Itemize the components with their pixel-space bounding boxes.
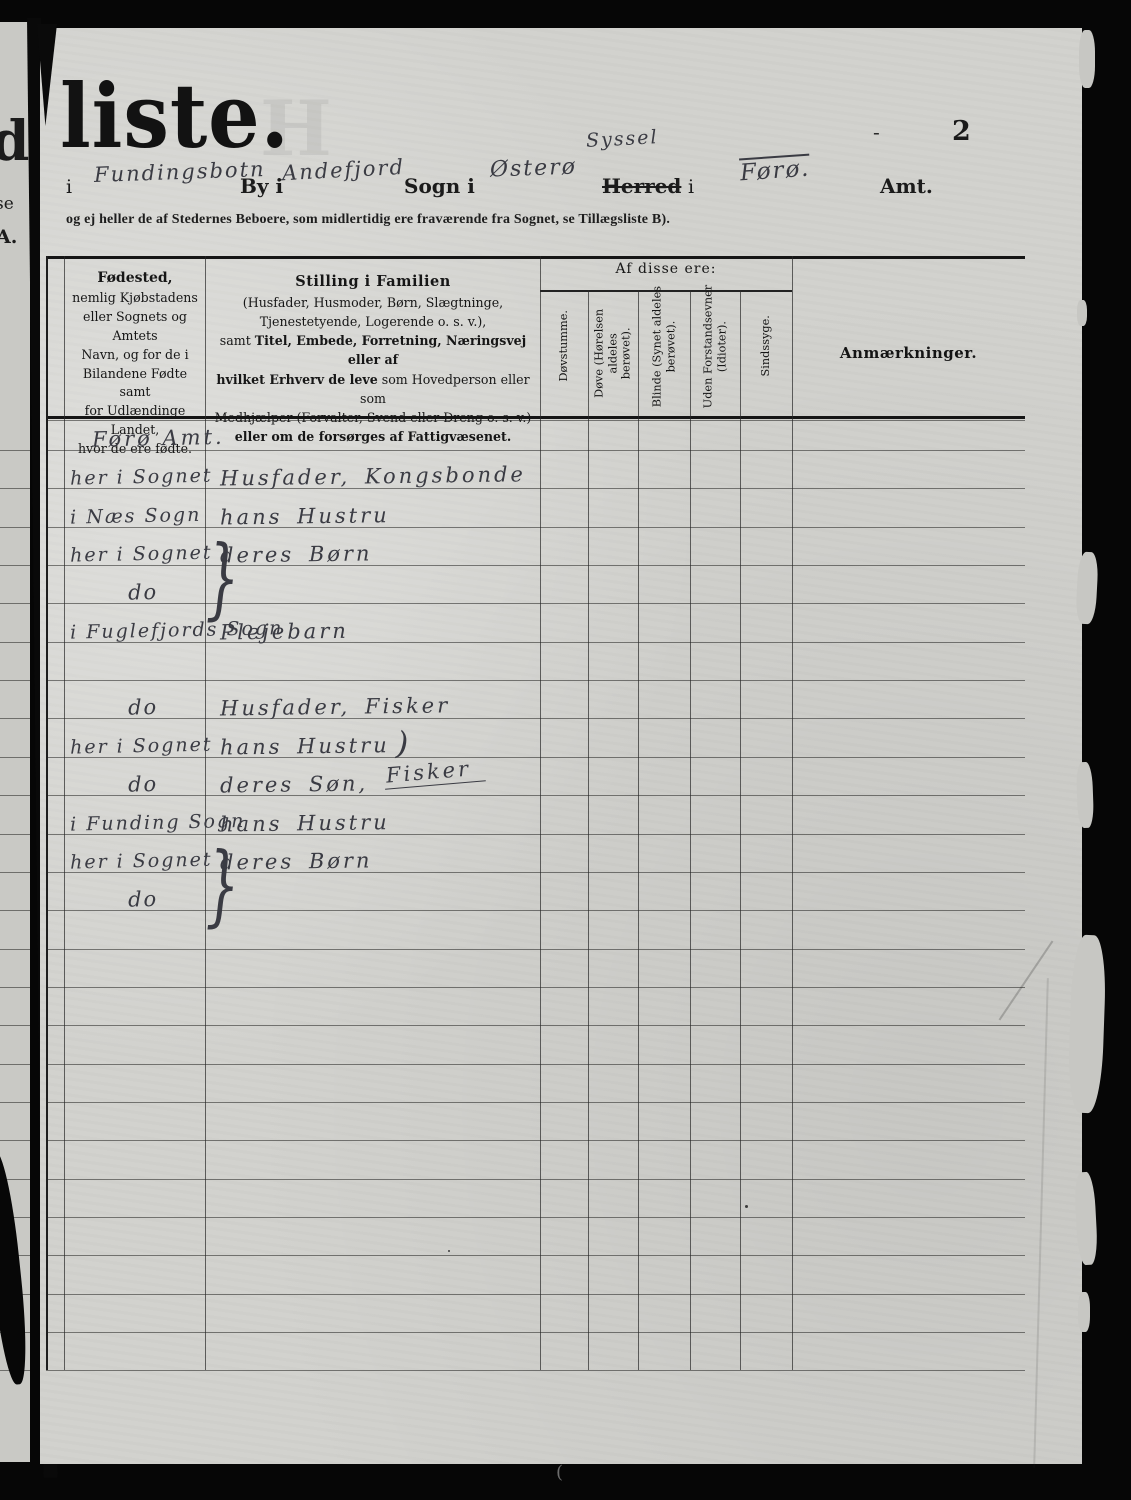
position-header-segment: Titel, Embede, Forretning, Næringsvej el… [255, 333, 526, 367]
sliver-rule-horizontal [0, 642, 30, 643]
entry-position-text: Plejebarn [220, 619, 349, 645]
label-by-i: By i [240, 174, 283, 198]
birthplace-header-line: Navn, og for de i [66, 346, 204, 365]
ink-speck [448, 1250, 450, 1252]
table-rule-horizontal [46, 642, 1025, 643]
table-rule-vertical [638, 290, 639, 1370]
entry-birthplace: i Næs Sogn [70, 496, 221, 528]
table-rule-horizontal [46, 872, 1025, 873]
sliver-rule-horizontal [0, 757, 30, 758]
position-header-segment: (Husfader, Husmoder, Børn, Slægtninge, [243, 295, 503, 310]
sliver-rule-horizontal [0, 1140, 30, 1141]
entry-position-text: Husfader, Fisker [220, 693, 450, 720]
label-herred-struck: Herred [602, 174, 681, 198]
table-rule-vertical [740, 290, 741, 1370]
sliver-rule-horizontal [0, 987, 30, 988]
sliver-rule-horizontal [0, 718, 30, 719]
entry-position-text: hans Hustru [220, 733, 390, 759]
table-rule-horizontal [46, 256, 1025, 259]
table-rule-horizontal [46, 1102, 1025, 1103]
page-number: 2 [952, 116, 971, 147]
entry-position: hans Hustru [220, 494, 580, 529]
table-rule-horizontal [46, 450, 1025, 451]
birthplace-header-line: nemlig Kjøbstadens [66, 289, 204, 308]
entry-position-text: deres Børn [220, 848, 373, 874]
handwritten-sogn-value: Andefjord [281, 155, 405, 185]
table-rule-vertical [64, 256, 65, 1370]
table-rule-horizontal [46, 1064, 1025, 1065]
sliver-rule-horizontal [0, 603, 30, 604]
paper-crease-line [1033, 978, 1049, 1468]
position-header-line: eller om de forsørges af Fattigvæsenet. [206, 427, 540, 446]
entry-birthplace: her i Sognet [70, 726, 221, 758]
table-rule-horizontal [46, 949, 1025, 950]
table-rule-horizontal [46, 987, 1025, 988]
previous-page-label-fragment: A. [0, 226, 17, 248]
position-header-segment: Tjenestetyende, Logerende o. s. v.), [260, 314, 487, 329]
subcolumn-label-vertical: Blinde (Synet aldeles berøvet). [650, 284, 677, 410]
entry-birthplace: do [128, 879, 279, 911]
census-form-page: H liste. - 2 i Fundingsbotn By i Andefjo… [40, 28, 1082, 1464]
entry-position: Husfader, Fisker [220, 685, 580, 720]
torn-paper-patch [1077, 300, 1087, 326]
table-rule-horizontal [46, 1294, 1025, 1295]
table-rule-horizontal [46, 1025, 1025, 1026]
entry-position: hans Hustru) [220, 724, 580, 759]
page-curl-mark: ( [556, 1462, 563, 1483]
table-rule-horizontal [46, 488, 1025, 489]
page-title-fragment: liste. [60, 64, 290, 168]
entry-birthplace: do [128, 572, 279, 604]
sliver-rule-horizontal [0, 872, 30, 873]
position-header-segment: samt [220, 333, 255, 348]
table-rule-horizontal [46, 757, 1025, 758]
sliver-rule-horizontal [0, 910, 30, 911]
position-header-line: samt Titel, Embede, Forretning, Næringsv… [206, 331, 540, 369]
table-rule-horizontal [46, 527, 1025, 528]
entry-birthplace: i Funding Sogn [70, 803, 221, 835]
table-rule-horizontal [46, 565, 1025, 566]
torn-paper-patch [1078, 1292, 1090, 1332]
entry-position: hans Hustru [220, 801, 580, 836]
table-rule-vertical [588, 290, 589, 1370]
subcolumn-label-vertical: Døvstumme. [557, 283, 571, 409]
table-rule-horizontal [46, 1140, 1025, 1141]
sliver-rule-horizontal [0, 488, 30, 489]
subcolumn-label-vertical: Døve (Hørelsen aldeles berøvet). [593, 290, 634, 416]
sliver-rule-horizontal [0, 834, 30, 835]
previous-page-text-fragment: se [0, 194, 14, 214]
table-rule-horizontal [46, 1255, 1025, 1256]
table-rule-vertical [792, 256, 793, 1370]
exclusion-note-line: og ej heller de af Stedernes Beboere, so… [66, 212, 670, 228]
label-sogn-i: Sogn i [404, 174, 475, 198]
birthplace-header-line: eller Sognets og Amtets [66, 308, 204, 346]
entry-position: deres Børn [220, 532, 580, 567]
sliver-rule-horizontal [0, 949, 30, 950]
handwritten-syssel-correction: Syssel [585, 126, 659, 152]
table-rule-vertical [690, 290, 691, 1370]
sliver-rule-horizontal [0, 1064, 30, 1065]
torn-paper-patch [1076, 762, 1094, 829]
entry-position-text: Husfader, Kongsbonde [220, 462, 526, 490]
sliver-rule-horizontal [0, 450, 30, 451]
table-rule-horizontal [46, 1370, 1025, 1371]
position-header-segment: hvilket Erhverv de leve [216, 372, 377, 387]
torn-paper-patch [1075, 552, 1099, 625]
entry-birthplace: her i Sognet [70, 841, 221, 873]
position-header-line: (Husfader, Husmoder, Børn, Slægtninge, [206, 293, 540, 312]
sliver-rule-horizontal [0, 1102, 30, 1103]
entry-birthplace: her i Sognet [70, 534, 221, 566]
entry-position: Husfader, Kongsbonde [220, 455, 580, 490]
entry-position-text: hans Hustru [220, 810, 390, 836]
label-amt: Amt. [880, 174, 933, 198]
subcolumn-label-vertical: Sindssyge. [759, 283, 773, 409]
sliver-rule-horizontal [0, 1025, 30, 1026]
sliver-rule-horizontal [0, 795, 30, 796]
entry-position-text: hans Hustru [220, 503, 390, 529]
sliver-rule-horizontal [0, 565, 30, 566]
entry-position-text: deres Børn [220, 541, 373, 567]
birthplace-header-line: Bilandene Fødte samt [66, 365, 204, 403]
handwritten-amt-value: Førø. [739, 156, 811, 187]
sliver-rule-horizontal [0, 680, 30, 681]
column-header-position-lines: (Husfader, Husmoder, Børn, Slægtninge,Tj… [206, 293, 540, 446]
table-rule-horizontal [46, 416, 1025, 419]
entry-birthplace: i Fuglefjords Sogn [70, 611, 221, 643]
torn-paper-patch [1079, 30, 1095, 88]
subcolumn-label-vertical: Uden Forstandsevner (Idioter). [701, 284, 728, 410]
ink-speck [745, 1205, 748, 1208]
margin-dash: - [873, 120, 880, 144]
entry-position: deres Børn [220, 839, 580, 874]
scanned-census-page: d se A. H liste. - 2 i Fundingsbotn By i… [0, 0, 1131, 1500]
previous-page-letter-fragment: d [0, 108, 29, 173]
entry-birthplace: her i Sognet [70, 457, 221, 489]
column-header-birthplace-title: Fødested, [66, 268, 204, 289]
entry-position: Plejebarn [220, 609, 580, 644]
column-group-header-af-disse-ere: Af disse ere: [540, 261, 792, 277]
table-rule-horizontal [46, 834, 1025, 835]
label-i-first: i [66, 176, 72, 198]
entry-birthplace: Førø Amt. [92, 419, 243, 451]
column-header-position-title: Stilling i Familien [206, 271, 540, 293]
column-header-remarks: Anmærkninger. [792, 344, 1025, 362]
table-rule-horizontal [46, 1332, 1025, 1333]
table-rule-horizontal [46, 1217, 1025, 1218]
sliver-rule-horizontal [0, 527, 30, 528]
table-rule-vertical [46, 256, 48, 1370]
label-i-second: i [688, 176, 694, 198]
table-rule-horizontal [46, 680, 1025, 681]
position-header-segment: eller om de forsørges af Fattigvæsenet. [235, 429, 511, 444]
position-header-segment: som Hovedperson eller som [360, 372, 530, 406]
position-header-line: hvilket Erhverv de leve som Hovedperson … [206, 370, 540, 408]
handwriting-flourish: ) [395, 737, 412, 750]
handwritten-herred-value: Østerø [490, 154, 578, 182]
entry-position: deres Søn,Fisker [220, 762, 580, 797]
table-rule-horizontal [46, 1179, 1025, 1180]
entry-position-text: deres Søn, [220, 771, 368, 797]
position-header-line: Tjenestetyende, Logerende o. s. v.), [206, 312, 540, 331]
